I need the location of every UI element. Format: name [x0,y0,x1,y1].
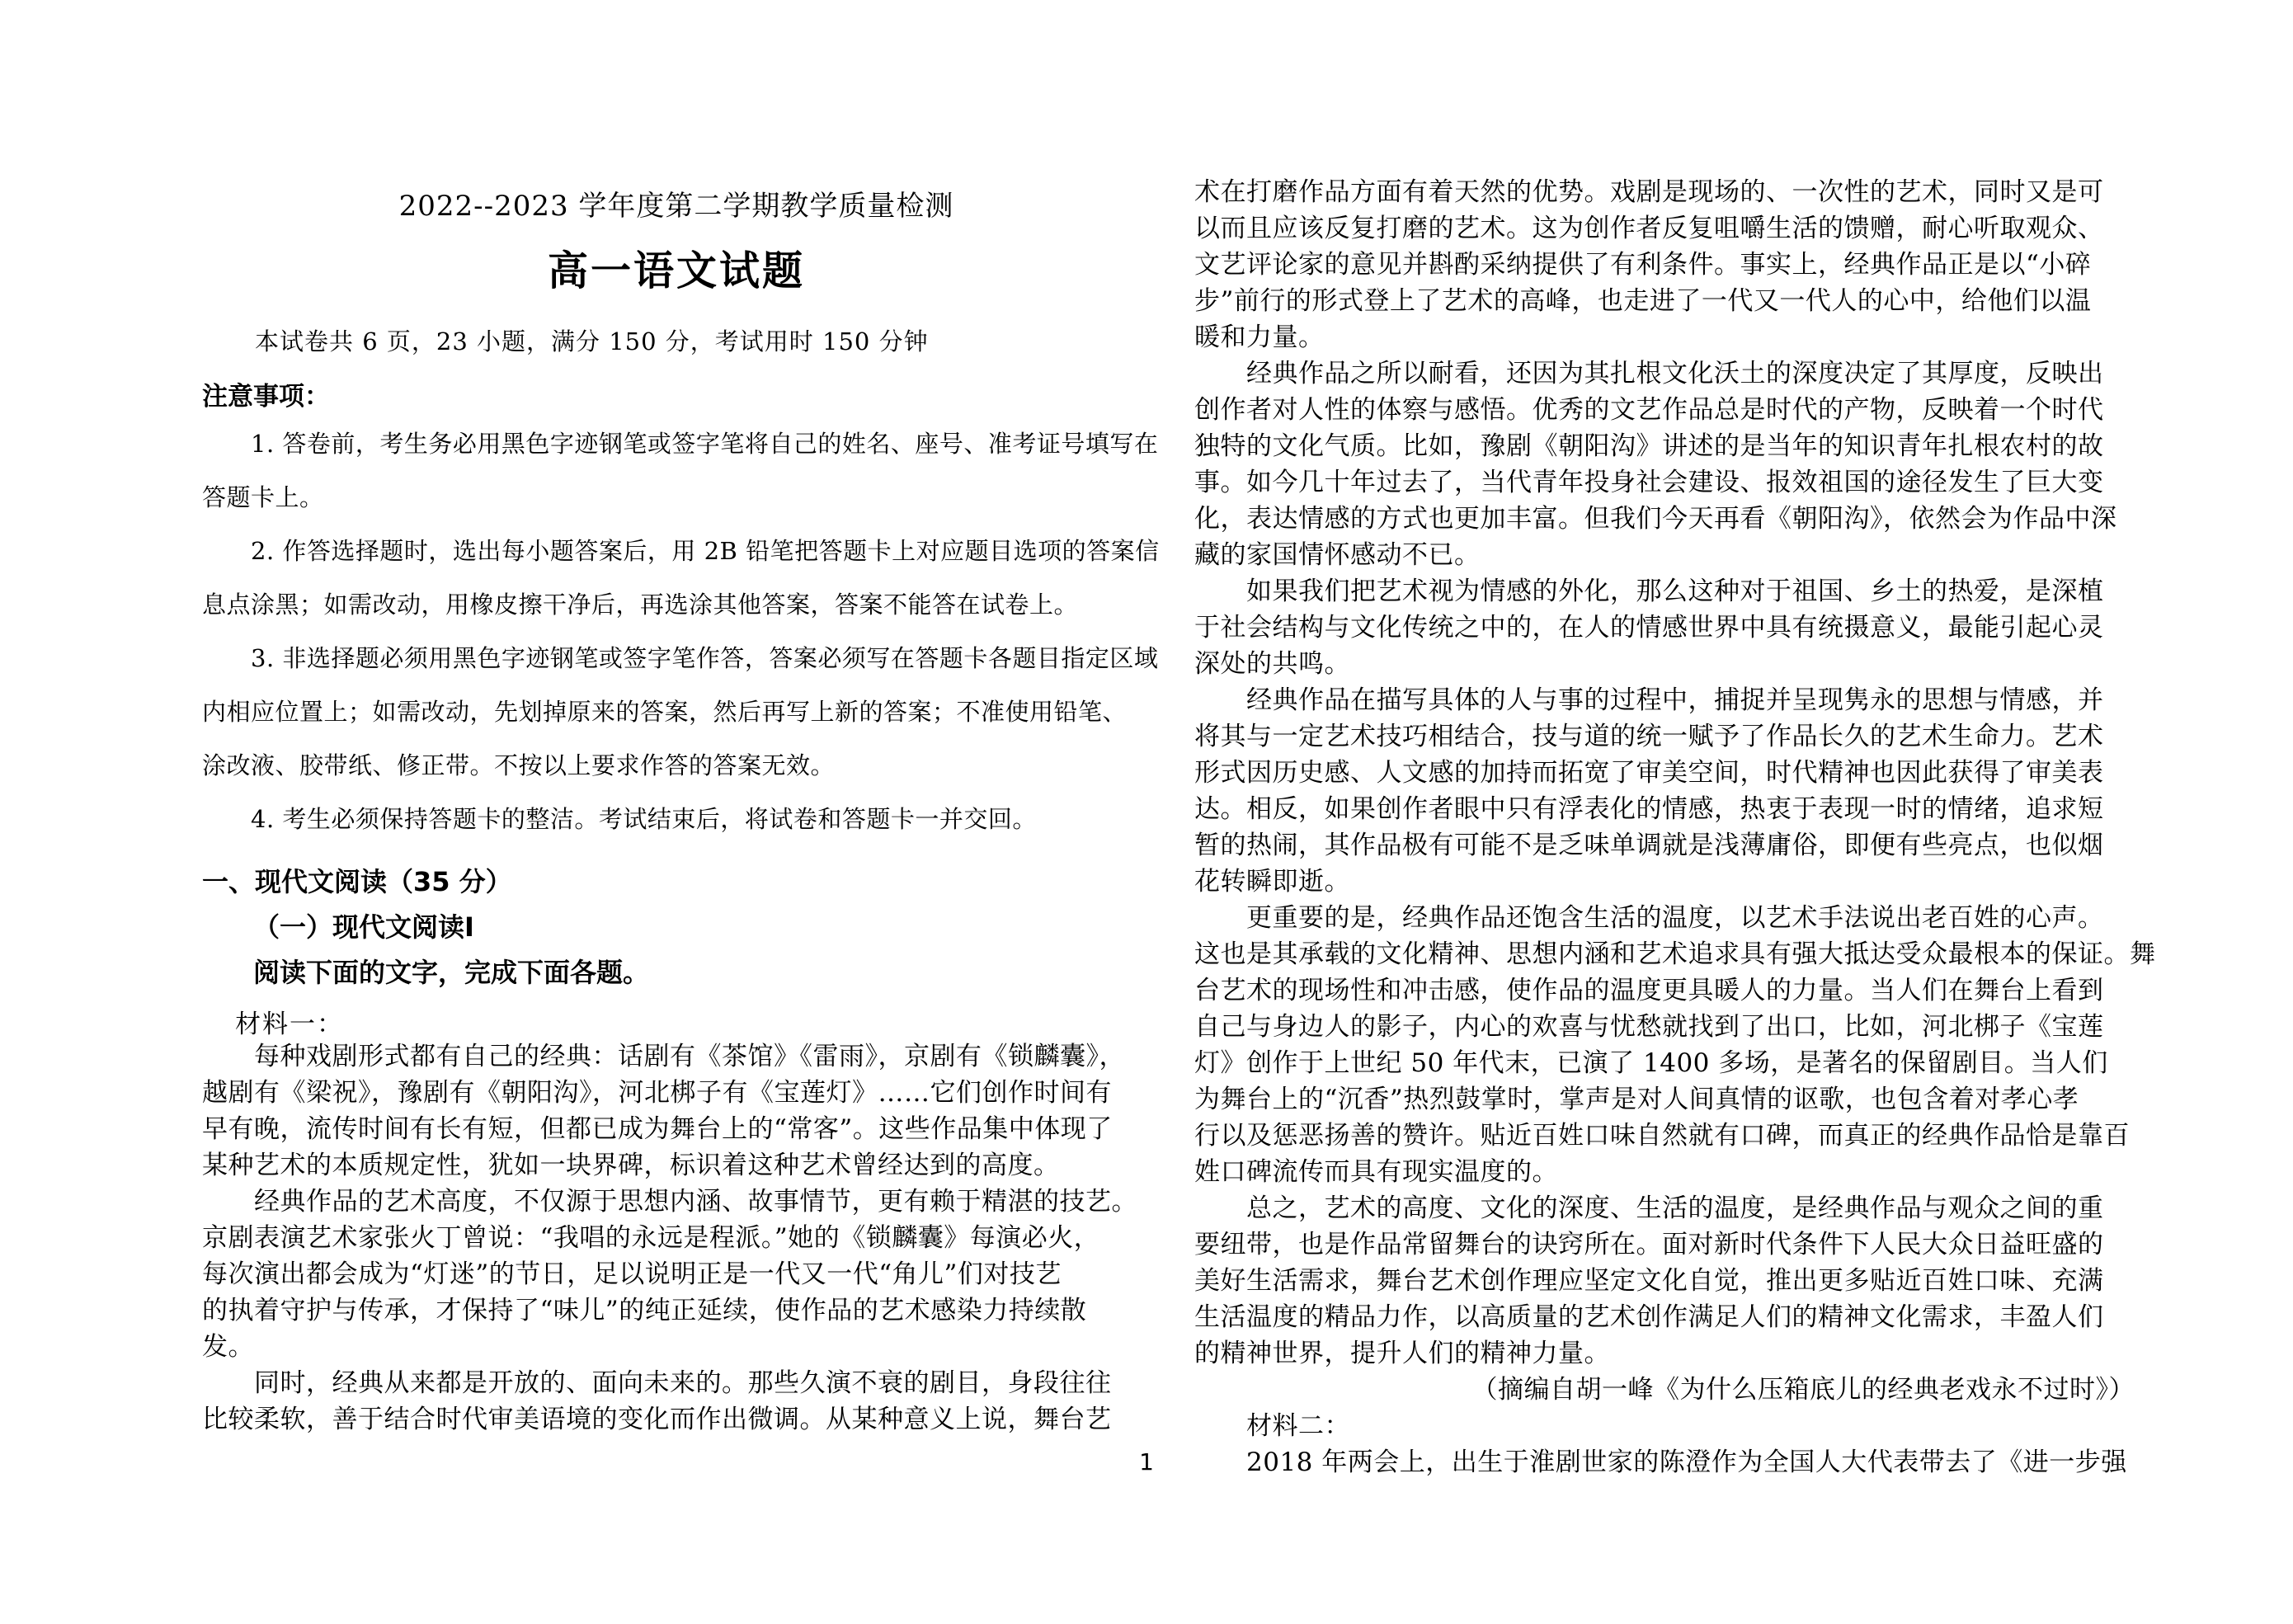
text-line: 化，表达情感的方式也更加丰富。但我们今天再看《朝阳沟》，依然会为作品中深 [1194,501,2143,537]
text-line: 每种戏剧形式都有自己的经典：话剧有《茶馆》《雷雨》，京剧有《锁麟囊》， [202,1038,1151,1075]
text-line: 这也是其承载的文化精神、思想内涵和艺术追求具有强大抵达受众最根本的保证。舞 [1194,936,2143,972]
exam-info-line: 本试卷共 6 页，23 小题，满分 150 分，考试用时 150 分钟 [202,323,1203,357]
text-line: 比较柔软，善于结合时代审美语境的变化而作出微调。从某种意义上说，舞台艺 [202,1401,1151,1438]
text-line: 藏的家国情怀感动不已。 [1194,537,2143,573]
text-line: 某种艺术的本质规定性，犹如一块界碑，标识着这种艺术曾经达到的高度。 [202,1147,1151,1184]
text-line: 经典作品之所以耐看，还因为其扎根文化沃土的深度决定了其厚度，反映出 [1194,355,2143,392]
text-line: 暂的热闹，其作品极有可能不是乏味单调就是浅薄庸俗，即便有些亮点，也似烟 [1194,827,2143,864]
text-line: 台艺术的现场性和冲击感，使作品的温度更具暖人的力量。当人们在舞台上看到 [1194,972,2143,1009]
session-title: 2022--2023 学年度第二学期教学质量检测 [202,183,1151,224]
text-line: 涂改液、胶带纸、修正带。不按以上要求作答的答案无效。 [202,739,1151,793]
text-line: 要纽带，也是作品常留舞台的诀窍所在。面对新时代条件下人民大众日益旺盛的 [1194,1226,2143,1263]
text-line: 形式因历史感、人文感的加持而拓宽了审美空间，时代精神也因此获得了审美表 [1194,755,2143,791]
text-line: 经典作品在描写具体的人与事的过程中，捕捉并呈现隽永的思想与情感，并 [1194,682,2143,718]
notes-lines: 1. 答卷前，考生务必用黑色字迹钢笔或签字笔将自己的姓名、座号、准考证号填写在答… [202,417,1151,846]
text-line: 达。相反，如果创作者眼中只有浮表化的情感，热衷于表现一时的情绪，追求短 [1194,791,2143,827]
material-one-right-column-lines: 术在打磨作品方面有着天然的优势。戏剧是现场的、一次性的艺术，同时又是可以而且应该… [1194,174,2143,1372]
section-one-subheading: （一）现代文阅读Ⅰ [202,906,1202,944]
text-line: 的执着守护与传承，才保持了“味儿”的纯正延续，使作品的艺术感染力持续散 [202,1292,1151,1329]
text-line: 每次演出都会成为“灯迷”的节日，足以说明正是一代又一代“角儿”们对技艺 [202,1256,1151,1292]
text-line: 暖和力量。 [1194,319,2143,355]
material-two-label: 材料二： [1194,1408,2143,1444]
text-line: 术在打磨作品方面有着天然的优势。戏剧是现场的、一次性的艺术，同时又是可 [1194,174,2143,210]
text-line: 文艺评论家的意见并斟酌采纳提供了有利条件。事实上，经典作品正是以“小碎 [1194,247,2143,283]
text-line: 总之，艺术的高度、文化的深度、生活的温度，是经典作品与观众之间的重 [1194,1190,2143,1226]
text-line: 自己与身边人的影子，内心的欢喜与忧愁就找到了出口，比如，河北梆子《宝莲 [1194,1009,2143,1045]
page-number: 1 [1097,1448,1196,1476]
text-line: 息点涂黑；如需改动，用橡皮擦干净后，再选涂其他答案，答案不能答在试卷上。 [202,578,1151,632]
text-line: 4. 考生必须保持答题卡的整洁。考试结束后，将试卷和答题卡一并交回。 [202,793,1151,846]
material-one-left-column-lines: 每种戏剧形式都有自己的经典：话剧有《茶馆》《雷雨》，京剧有《锁麟囊》，越剧有《梁… [202,1038,1151,1438]
text-line: 更重要的是，经典作品还饱含生活的温度，以艺术手法说出老百姓的心声。 [1194,900,2143,936]
text-line: 花转瞬即逝。 [1194,864,2143,900]
text-line: 2. 作答选择题时，选出每小题答案后，用 2B 铅笔把答题卡上对应题目选项的答案… [202,525,1151,578]
text-line: 以而且应该反复打磨的艺术。这为创作者反复咀嚼生活的馈赠，耐心听取观众、 [1194,210,2143,247]
exam-paper-page: 2022--2023 学年度第二学期教学质量检测 高一语文试题 本试卷共 6 页… [0,0,2293,1624]
text-line: 生活温度的精品力作，以高质量的艺术创作满足人们的精神文化需求，丰盈人们 [1194,1299,2143,1335]
material-two-first-line: 2018 年两会上，出生于淮剧世家的陈澄作为全国人大代表带去了《进一步强 [1194,1444,2143,1480]
text-line: 姓口碑流传而具有现实温度的。 [1194,1154,2143,1190]
text-line: 灯》创作于上世纪 50 年代末，已演了 1400 多场，是著名的保留剧目。当人们 [1194,1045,2143,1081]
material-one-attribution: （摘编自胡一峰《为什么压箱底儿的经典老戏永不过时》） [1194,1372,2143,1408]
text-line: 美好生活需求，舞台艺术创作理应坚定文化自觉，推出更多贴近百姓口味、充满 [1194,1263,2143,1299]
text-line: 同时，经典从来都是开放的、面向未来的。那些久演不衰的剧目，身段往往 [202,1365,1151,1401]
text-line: 越剧有《梁祝》，豫剧有《朝阳沟》，河北梆子有《宝莲灯》……它们创作时间有 [202,1075,1151,1111]
text-line: 内相应位置上；如需改动，先划掉原来的答案，然后再写上新的答案；不准使用铅笔、 [202,685,1151,739]
section-one-instruction: 阅读下面的文字，完成下面各题。 [202,952,1202,990]
text-line: 独特的文化气质。比如，豫剧《朝阳沟》讲述的是当年的知识青年扎根农村的故 [1194,428,2143,464]
text-line: 深处的共鸣。 [1194,646,2143,682]
text-line: 1. 答卷前，考生务必用黑色字迹钢笔或签字笔将自己的姓名、座号、准考证号填写在 [202,417,1151,471]
material-one-label: 材料一： [202,1003,1184,1040]
text-line: 于社会结构与文化传统之中的，在人的情感世界中具有统摄意义，最能引起心灵 [1194,610,2143,646]
text-line: 京剧表演艺术家张火丁曾说：“我唱的永远是程派。”她的《锁麟囊》每演必火， [202,1220,1151,1256]
text-line: 为舞台上的“沉香”热烈鼓掌时，掌声是对人间真情的讴歌，也包含着对孝心孝 [1194,1081,2143,1118]
exam-title: 高一语文试题 [202,239,1151,297]
text-line: 答题卡上。 [202,471,1151,525]
text-line: 的精神世界，提升人们的精神力量。 [1194,1335,2143,1372]
text-line: 经典作品的艺术高度，不仅源于思想内涵、故事情节，更有赖于精湛的技艺。 [202,1184,1151,1220]
text-line: 事。如今几十年过去了，当代青年投身社会建设、报效祖国的途径发生了巨大变 [1194,464,2143,501]
text-line: 步”前行的形式登上了艺术的高峰，也走进了一代又一代人的心中，给他们以温 [1194,283,2143,319]
notes-heading: 注意事项： [202,375,1151,412]
text-line: 将其与一定艺术技巧相结合，技与道的统一赋予了作品长久的艺术生命力。艺术 [1194,718,2143,755]
text-line: 3. 非选择题必须用黑色字迹钢笔或签字笔作答，答案必须写在答题卡各题目指定区域 [202,632,1151,685]
text-line: 行以及惩恶扬善的赞许。贴近百姓口味自然就有口碑，而真正的经典作品恰是靠百 [1194,1118,2143,1154]
text-line: 创作者对人性的体察与感悟。优秀的文艺作品总是时代的产物，反映着一个时代 [1194,392,2143,428]
text-line: 早有晚，流传时间有长有短，但都已成为舞台上的“常客”。这些作品集中体现了 [202,1111,1151,1147]
text-line: 发。 [202,1329,1151,1365]
material-one-right-column: 术在打磨作品方面有着天然的优势。戏剧是现场的、一次性的艺术，同时又是可以而且应该… [1194,174,2143,1480]
section-one-heading: 一、现代文阅读（35 分） [202,861,1151,899]
text-line: 如果我们把艺术视为情感的外化，那么这种对于祖国、乡土的热爱，是深植 [1194,573,2143,610]
